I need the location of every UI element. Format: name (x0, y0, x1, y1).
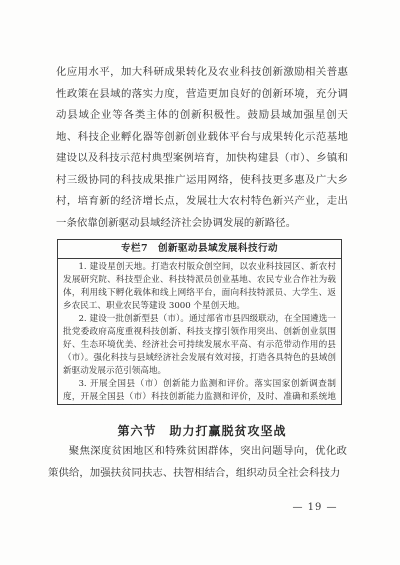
document-page: 化应用水平，加大科研成果转化及农业科技创新激励相关普惠性政策在县域的落实力度，营… (0, 0, 400, 565)
callout-box-content: 1. 建设星创天地。打造农村版众创空间，以农业科技园区、新农村发展研究院、科技型… (58, 259, 341, 405)
callout-item-3: 3. 开展全国县（市）创新能力监测和评价。落实国家创新调查制度，开展全国县（市）… (63, 378, 336, 405)
paragraph-continuation: 化应用水平，加大科研成果转化及农业科技创新激励相关普惠性政策在县域的落实力度，营… (56, 62, 348, 237)
callout-box-title: 专栏7 创新驱动县域发展科技行动 (58, 240, 341, 259)
callout-item-2: 2. 建设一批创新型县（市）。通过部省市县四级联动，在全国遴选一批党委政府高度重… (63, 313, 336, 378)
callout-item-1: 1. 建设星创天地。打造农村版众创空间，以农业科技园区、新农村发展研究院、科技型… (63, 261, 336, 313)
page-number: — 19 — (279, 502, 351, 513)
section-heading: 第六节 助力打赢脱贫攻坚战 (56, 422, 348, 439)
paragraph-after-heading: 聚焦深度贫困地区和特殊贫困群体，突出问题导向，优化政策供给，加强扶贫同扶志、扶智… (48, 441, 347, 486)
callout-box: 专栏7 创新驱动县域发展科技行动 1. 建设星创天地。打造农村版众创空间，以农业… (57, 239, 342, 405)
